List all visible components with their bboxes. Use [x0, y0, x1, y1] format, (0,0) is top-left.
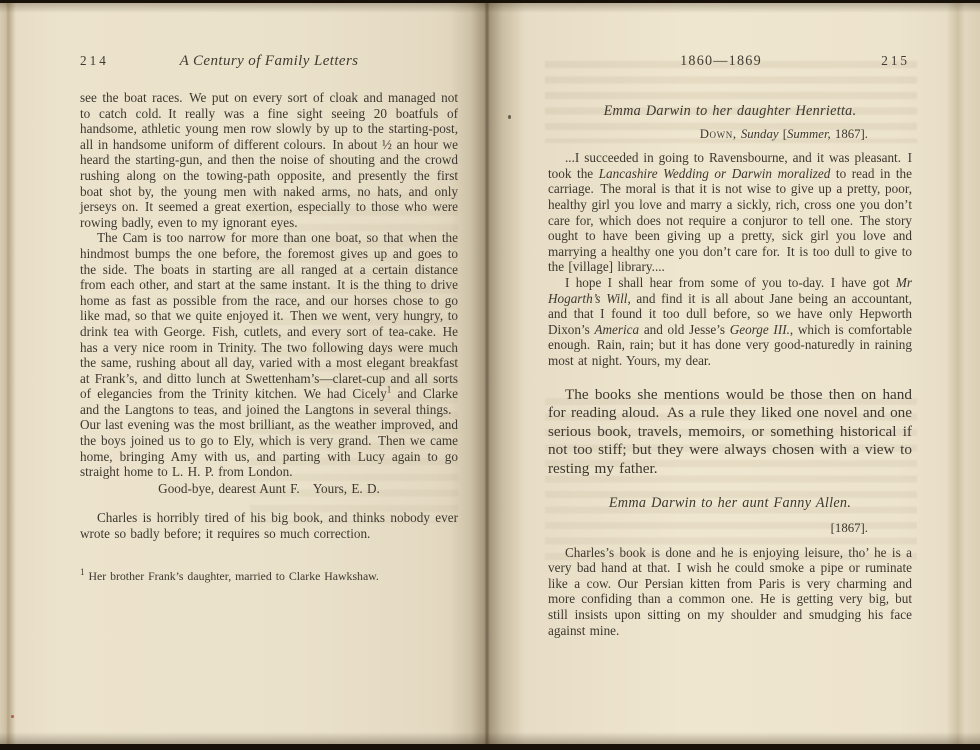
- left-page: 214 A Century of Family Letters see the …: [0, 3, 486, 744]
- ink-speck-decoration: [508, 115, 511, 119]
- letter-paragraph: I hope I shall hear from some of you to-…: [548, 275, 912, 369]
- letter-signoff: Good-bye, dearest Aunt F. Yours, E. D.: [80, 481, 458, 497]
- right-page-content: 1860—1869 215 Emma Darwin to her daughte…: [486, 3, 980, 638]
- right-running-title: 1860—1869: [548, 53, 912, 70]
- left-page-body: see the boat races. We put on every sort…: [80, 90, 458, 583]
- right-page-body: Emma Darwin to her daughter Henrietta.Do…: [548, 104, 912, 638]
- letter-paragraph: The Cam is too narrow for more than one …: [80, 230, 458, 480]
- right-running-header: 1860—1869 215: [548, 53, 912, 70]
- book-scan: 214 A Century of Family Letters see the …: [0, 0, 980, 750]
- letter-dateline: Down, Sunday [Summer, 1867].: [548, 127, 912, 143]
- left-page-content: 214 A Century of Family Letters see the …: [0, 3, 486, 583]
- letter-paragraph: Charles’s book is done and he is enjoyin…: [548, 545, 912, 639]
- left-running-header: 214 A Century of Family Letters: [80, 53, 458, 70]
- ink-speck-decoration: [11, 715, 14, 718]
- letter-heading: Emma Darwin to her aunt Fanny Allen.: [548, 496, 912, 512]
- right-page: 1860—1869 215 Emma Darwin to her daughte…: [486, 3, 980, 744]
- letter-dateline: [1867].: [548, 521, 912, 537]
- left-running-title: A Century of Family Letters: [80, 53, 458, 70]
- footnote: 1 Her brother Frank’s daughter, married …: [80, 569, 458, 583]
- book-spread: 214 A Century of Family Letters see the …: [0, 3, 980, 744]
- editorial-paragraph: The books she mentions would be those th…: [548, 386, 912, 479]
- letter-paragraph: Charles is horribly tired of his big boo…: [80, 510, 458, 541]
- right-page-number: 215: [881, 53, 910, 69]
- letter-paragraph: see the boat races. We put on every sort…: [80, 90, 458, 230]
- letter-paragraph: ...I succeeded in going to Ravensbourne,…: [548, 150, 912, 275]
- letter-heading: Emma Darwin to her daughter Henrietta.: [548, 104, 912, 120]
